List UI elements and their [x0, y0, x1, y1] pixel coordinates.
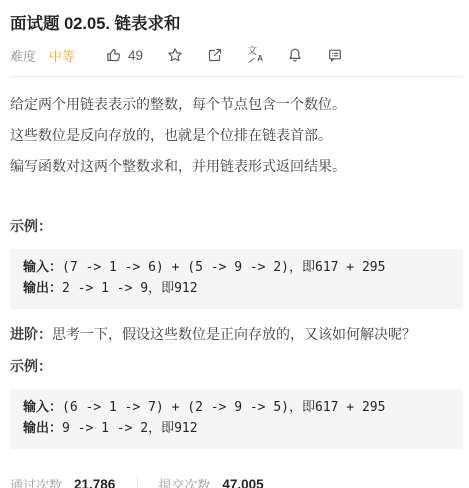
- star-icon: [167, 47, 183, 63]
- problem-page: 面试题 02.05. 链表求和 难度 中等 49: [0, 0, 469, 488]
- translate-a-glyph: A: [257, 55, 263, 63]
- difficulty-label: 难度: [10, 46, 36, 65]
- notification-button[interactable]: [287, 47, 303, 63]
- follow-up-label: 进阶：: [10, 326, 52, 342]
- feedback-icon: [327, 47, 343, 63]
- like-count: 49: [128, 48, 143, 63]
- example1-output: 2 -> 1 -> 9，即912: [62, 281, 198, 296]
- problem-description: 给定两个用链表表示的整数，每个节点包含一个数位。 这些数位是反向存放的，也就是个…: [10, 94, 463, 176]
- example1-input: (7 -> 1 -> 6) + (5 -> 9 -> 2)，即617 + 295: [62, 260, 385, 275]
- example2-block: 输入：(6 -> 1 -> 7) + (2 -> 9 -> 5)，即617 + …: [10, 389, 463, 449]
- description-paragraph: 给定两个用链表表示的整数，每个节点包含一个数位。: [10, 94, 463, 114]
- share-icon: [207, 47, 223, 63]
- accepted-count: 21,786: [74, 477, 115, 488]
- submitted-count: 47,005: [222, 477, 263, 488]
- translate-icon: 文 A: [247, 47, 263, 63]
- thumbs-up-icon: [106, 47, 122, 63]
- difficulty-badge: 中等: [49, 46, 75, 65]
- translate-arrow: [248, 58, 254, 63]
- description-paragraph: 这些数位是反向存放的，也就是个位排在链表首部。: [10, 125, 463, 145]
- example2-input: (6 -> 1 -> 7) + (2 -> 9 -> 5)，即617 + 295: [62, 400, 385, 415]
- input-label: 输入：: [23, 400, 62, 415]
- example1-block: 输入：(7 -> 1 -> 6) + (5 -> 9 -> 2)，即617 + …: [10, 249, 463, 309]
- description-paragraph: 编写函数对这两个整数求和，并用链表形式返回结果。: [10, 156, 463, 176]
- stats-divider: [137, 477, 138, 488]
- example2-output: 9 -> 1 -> 2，即912: [62, 421, 198, 436]
- output-label: 输出：: [23, 281, 62, 296]
- translate-button[interactable]: 文 A: [247, 47, 263, 63]
- share-button[interactable]: [207, 47, 223, 63]
- example2-heading: 示例：: [10, 356, 463, 376]
- translate-zh-glyph: 文: [247, 47, 257, 57]
- output-label: 输出：: [23, 421, 62, 436]
- accepted-label: 通过次数: [10, 475, 62, 488]
- toolbar: 难度 中等 49: [10, 45, 463, 65]
- header-divider: [10, 76, 463, 77]
- follow-up: 进阶：思考一下，假设这些数位是正向存放的，又该如何解决呢？: [10, 324, 463, 344]
- feedback-button[interactable]: [327, 47, 343, 63]
- input-label: 输入：: [23, 260, 62, 275]
- page-title: 面试题 02.05. 链表求和: [10, 14, 463, 34]
- follow-up-text: 思考一下，假设这些数位是正向存放的，又该如何解决呢？: [52, 326, 416, 342]
- stats-bar: 通过次数 21,786 提交次数 47,005: [10, 475, 463, 488]
- favorite-button[interactable]: [167, 47, 183, 63]
- example1-heading: 示例：: [10, 216, 463, 236]
- submitted-label: 提交次数: [158, 475, 210, 488]
- bell-icon: [287, 47, 303, 63]
- like-button[interactable]: 49: [106, 47, 143, 63]
